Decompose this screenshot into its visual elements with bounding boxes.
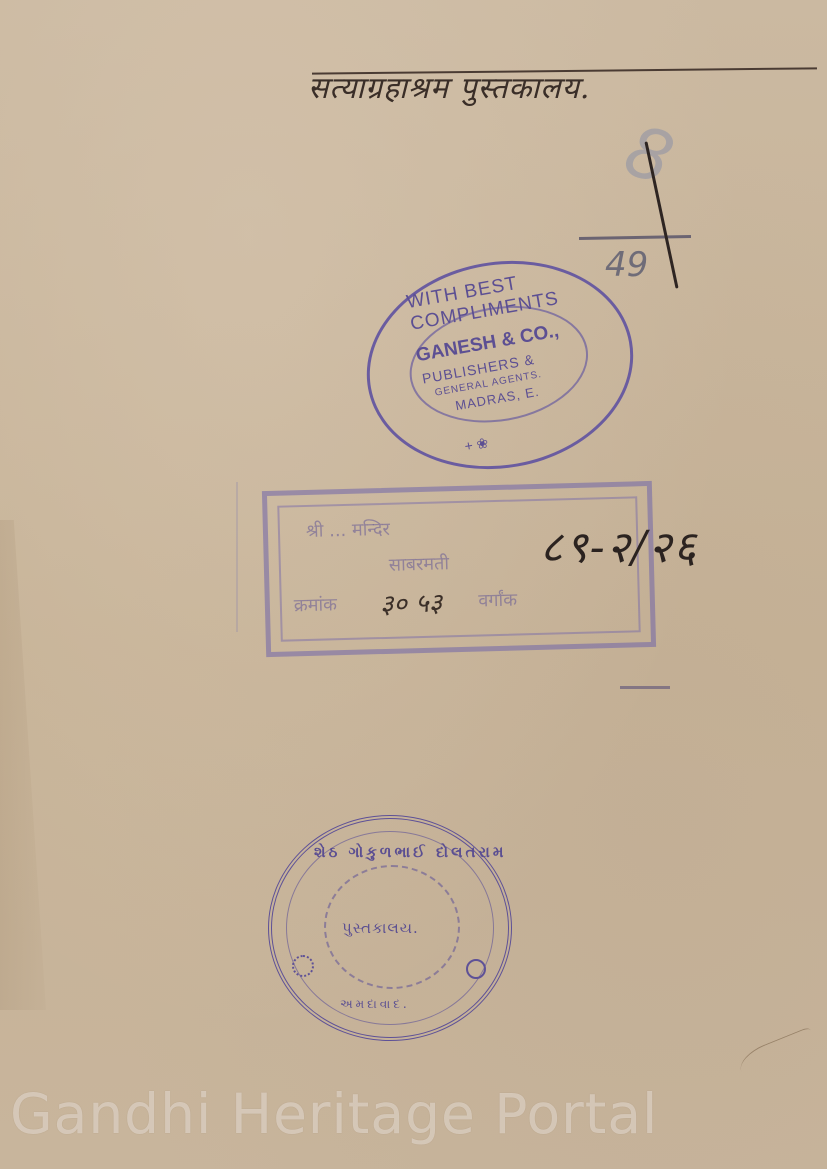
seal-bottom-text: અમદાવાદ. [340, 997, 410, 1012]
rect-stamp-row1: श्री ... मन्दिर [306, 517, 391, 543]
stamp-bottom-ornament: + ❀ [463, 434, 489, 455]
ink-dash-mark [620, 686, 670, 689]
circle-icon [466, 959, 486, 979]
publisher-oval-stamp: WITH BEST COMPLIMENTS GANESH & CO., PUBL… [350, 240, 650, 489]
round-library-seal: શેઠ ગોકુળભાઈ દોલતરામ પુસ્તકાલય. અમદાવાદ. [268, 815, 512, 1041]
portal-watermark: Gandhi Heritage Portal [10, 1082, 820, 1146]
fraction-rule [579, 235, 691, 240]
rect-stamp-kramank-label: क्रमांक [294, 594, 338, 616]
handwritten-date: ८९-२/२६ [540, 515, 698, 575]
library-title-handwriting: सत्याग्रहाश्रम पुस्तकालय. [308, 66, 590, 107]
handwritten-stamp-number: ३० ५३ [379, 583, 442, 621]
paper-fold-shadow [0, 520, 46, 1010]
seal-center-text: પુસ્તકાલય. [342, 919, 419, 937]
rect-stamp-vargank-label: वर्गांक [478, 589, 517, 611]
document-page: सत्याग्रहाश्रम पुस्तकालय. 8 49 WITH BEST… [0, 0, 827, 1169]
rosette-icon [292, 955, 314, 977]
rect-stamp-row2: साबरमती [389, 551, 450, 577]
seal-top-text: શેઠ ગોકુળભાઈ દોલતરામ [314, 843, 506, 861]
